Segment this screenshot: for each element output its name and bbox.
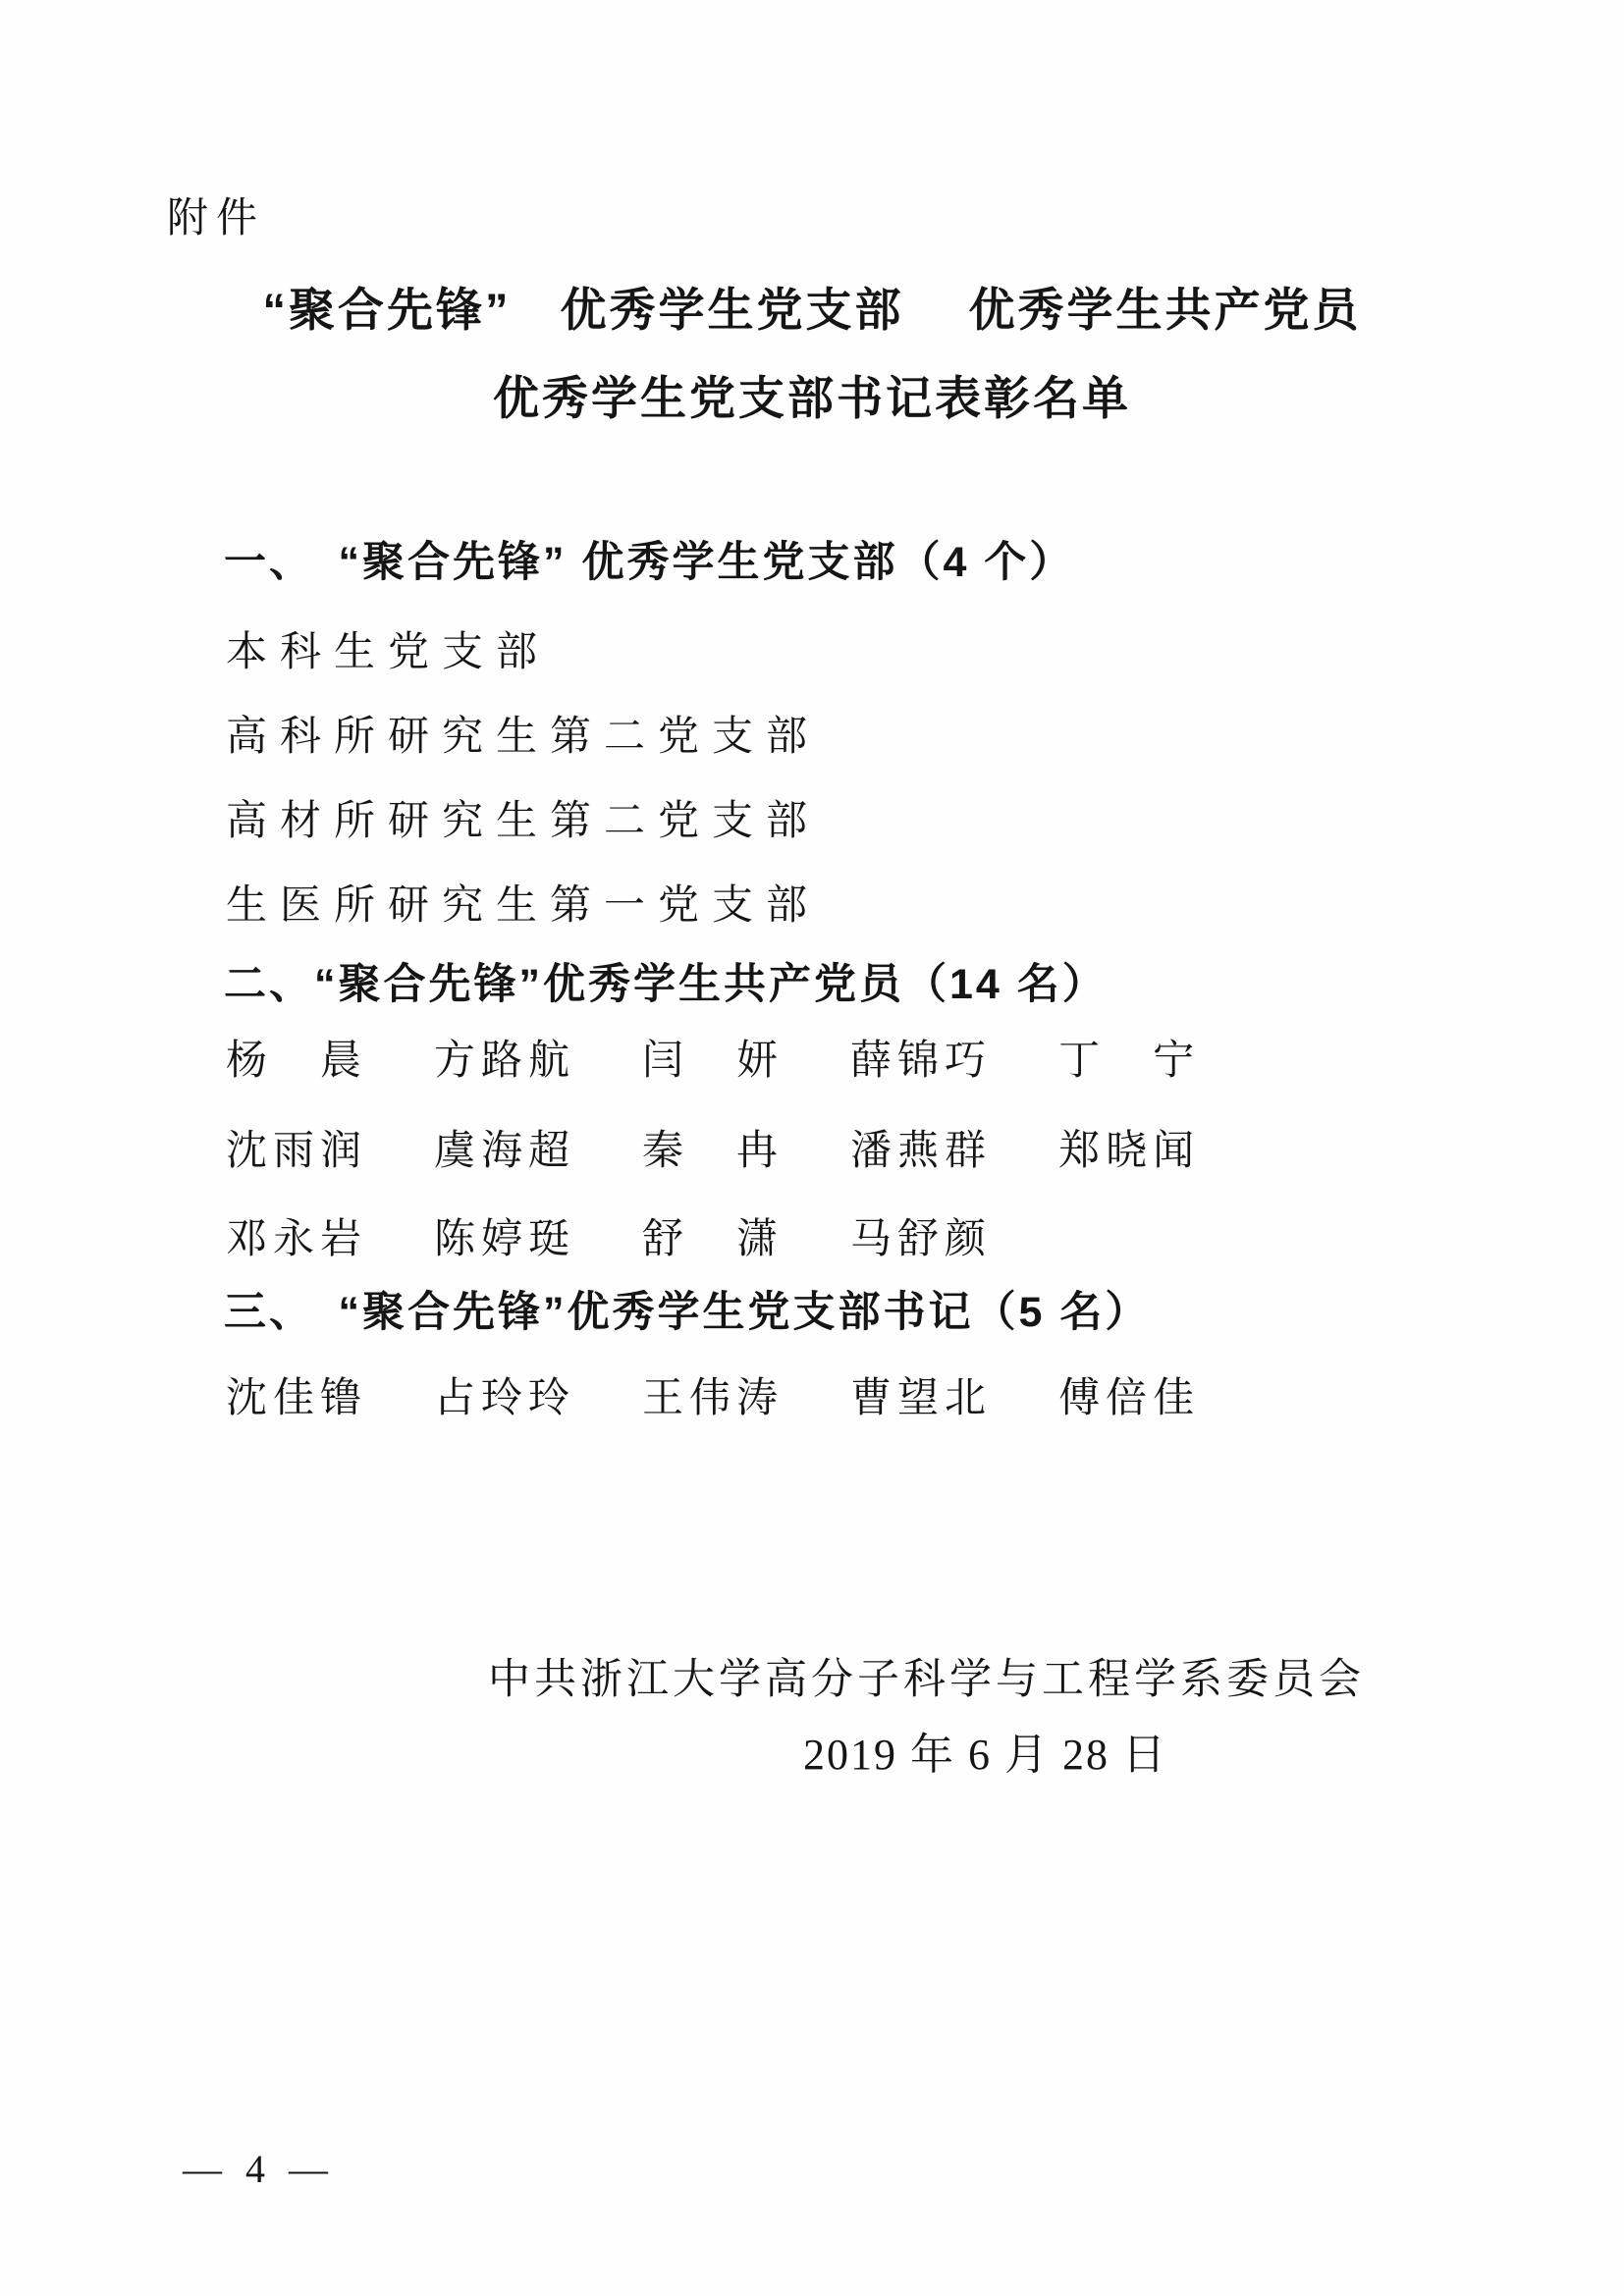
member-name: 闫 妍: [642, 1039, 784, 1084]
member-name: 郑晓闻: [1058, 1129, 1200, 1174]
member-name: 陈婷珽: [434, 1217, 575, 1262]
member-name: 马舒颜: [850, 1217, 992, 1262]
member-name-row: 杨 晨 方路航 闫 妍 薛锦巧 丁 宁: [226, 1039, 1200, 1084]
party-branch-item: 本科生党支部: [226, 630, 550, 675]
secretary-name: 占玲玲: [434, 1376, 575, 1421]
secretary-name: 王伟涛: [642, 1376, 784, 1421]
member-name-row: 邓永岩 陈婷珽 舒 潇 马舒颜: [226, 1217, 992, 1262]
document-title-line-2: 优秀学生党支部书记表彰名单: [0, 373, 1624, 424]
section-1-heading: 一、 “聚合先锋” 优秀学生党支部（4 个）: [224, 540, 1074, 586]
member-name: 潘燕群: [850, 1129, 992, 1174]
signature-date: 2019 年 6 月 28 日: [803, 1732, 1167, 1779]
member-name: 舒 潇: [642, 1217, 784, 1262]
secretary-name-row: 沈佳镥 占玲玲 王伟涛 曹望北 傅倍佳: [226, 1376, 1200, 1421]
member-name: 沈雨润: [226, 1129, 367, 1174]
document-title-line-1: “聚合先锋” 优秀学生党支部 优秀学生共产党员: [0, 285, 1624, 336]
member-name: 丁 宁: [1058, 1039, 1200, 1084]
member-name: 秦 冉: [642, 1129, 784, 1174]
signature-committee: 中共浙江大学高分子科学与工程学系委员会: [488, 1657, 1365, 1703]
member-name: 虞海超: [434, 1129, 575, 1174]
party-branch-item: 高科所研究生第二党支部: [226, 715, 820, 760]
party-branch-item: 高材所研究生第二党支部: [226, 799, 820, 844]
page-number: — 4 —: [183, 2148, 328, 2191]
member-name: 薛锦巧: [850, 1039, 992, 1084]
member-name: 方路航: [434, 1039, 575, 1084]
section-2-heading: 二、“聚合先锋”优秀学生共产党员（14 名）: [224, 962, 1108, 1008]
secretary-name: 沈佳镥: [226, 1376, 367, 1421]
member-name-row: 沈雨润 虞海超 秦 冉 潘燕群 郑晓闻: [226, 1129, 1200, 1174]
section-3-heading: 三、 “聚合先锋”优秀学生党支部书记（5 名）: [224, 1290, 1150, 1336]
secretary-name: 曹望北: [850, 1376, 992, 1421]
party-branch-item: 生医所研究生第一党支部: [226, 883, 820, 929]
document-page: 附件 “聚合先锋” 优秀学生党支部 优秀学生共产党员 优秀学生党支部书记表彰名单…: [0, 0, 1624, 2296]
member-name: 杨 晨: [226, 1039, 367, 1084]
secretary-name: 傅倍佳: [1058, 1376, 1200, 1421]
attachment-label: 附件: [167, 196, 265, 241]
member-name: 邓永岩: [226, 1217, 367, 1262]
